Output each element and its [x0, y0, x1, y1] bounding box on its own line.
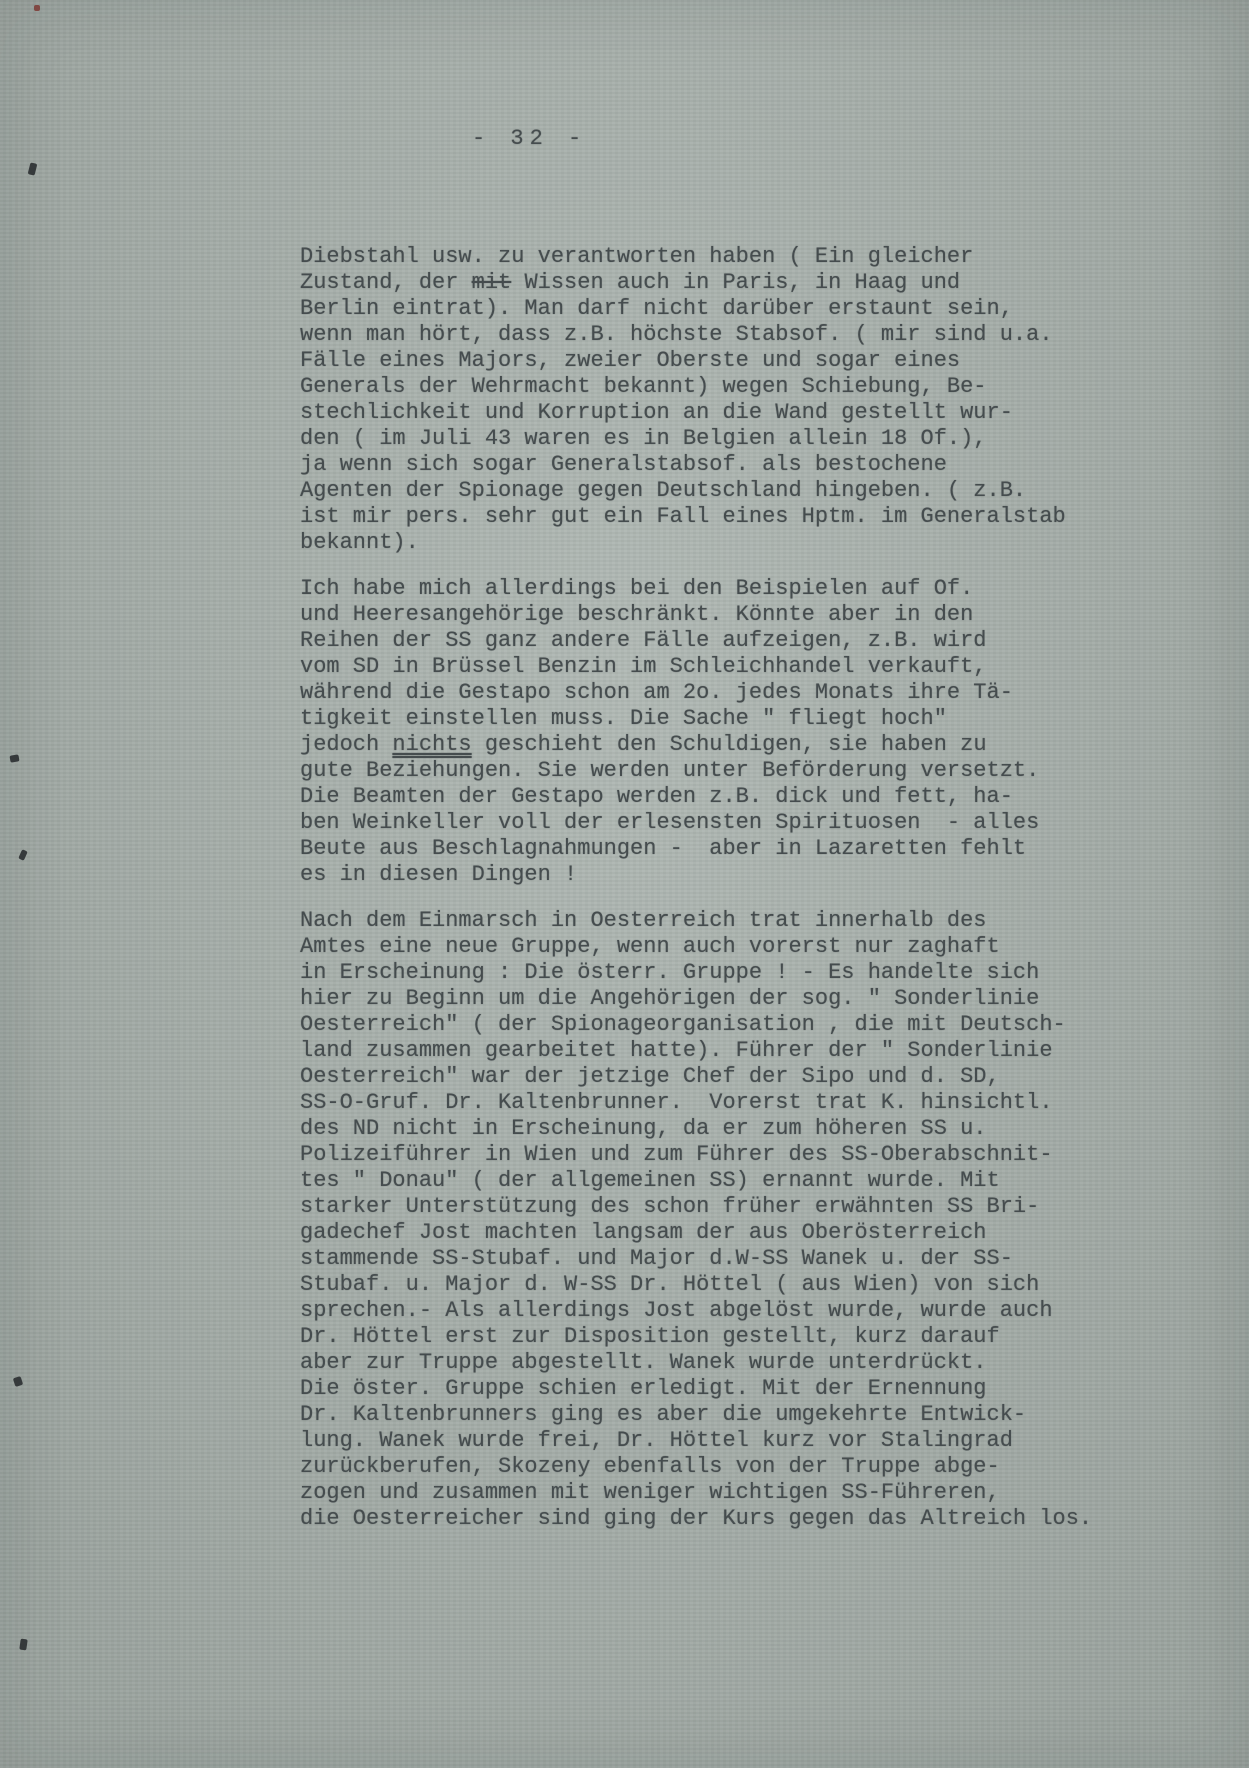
text-line: hier zu Beginn um die Angehörigen der so… — [300, 986, 1080, 1012]
text-line: tigkeit einstellen muss. Die Sache " fli… — [300, 706, 1080, 732]
text-line: zurückberufen, Skozeny ebenfalls von der… — [300, 1454, 1080, 1480]
text-line: ist mir pers. sehr gut ein Fall eines Hp… — [300, 504, 1080, 530]
scan-artifact — [28, 162, 38, 175]
text-line: bekannt). — [300, 530, 1080, 556]
paragraph: Diebstahl usw. zu verantworten haben ( E… — [300, 244, 1080, 556]
text-line: Nach dem Einmarsch in Oesterreich trat i… — [300, 908, 1080, 934]
text-line: den ( im Juli 43 waren es in Belgien all… — [300, 426, 1080, 452]
text-line: Zustand, der mit Wissen auch in Paris, i… — [300, 270, 1080, 296]
text-line: Fälle eines Majors, zweier Oberste und s… — [300, 348, 1080, 374]
text-line: in Erscheinung : Die österr. Gruppe ! - … — [300, 960, 1080, 986]
text-line: starker Unterstützung des schon früher e… — [300, 1194, 1080, 1220]
text-line: Stubaf. u. Major d. W-SS Dr. Höttel ( au… — [300, 1272, 1080, 1298]
text-line: Beute aus Beschlagnahmungen - aber in La… — [300, 836, 1080, 862]
scanned-document-page: - 32 - Diebstahl usw. zu verantworten ha… — [0, 0, 1249, 1768]
text-line: Oesterreich" ( der Spionageorganisation … — [300, 1012, 1080, 1038]
text-line: zogen und zusammen mit weniger wichtigen… — [300, 1480, 1080, 1506]
text-body: Diebstahl usw. zu verantworten haben ( E… — [300, 244, 1080, 1552]
text-line: Generals der Wehrmacht bekannt) wegen Sc… — [300, 374, 1080, 400]
text-line: sprechen.- Als allerdings Jost abgelöst … — [300, 1298, 1080, 1324]
page-number: - 32 - — [472, 126, 587, 151]
text-line: Oesterreich" war der jetzige Chef der Si… — [300, 1064, 1080, 1090]
text-line: gadechef Jost machten langsam der aus Ob… — [300, 1220, 1080, 1246]
text-line: während die Gestapo schon am 2o. jedes M… — [300, 680, 1080, 706]
text-line: ja wenn sich sogar Generalstabsof. als b… — [300, 452, 1080, 478]
text-line: gute Beziehungen. Sie werden unter Beför… — [300, 758, 1080, 784]
text-line: SS-O-Gruf. Dr. Kaltenbrunner. Vorerst tr… — [300, 1090, 1080, 1116]
text-line: wenn man hört, dass z.B. höchste Stabsof… — [300, 322, 1080, 348]
text-line: Diebstahl usw. zu verantworten haben ( E… — [300, 244, 1080, 270]
scan-artifact — [18, 849, 28, 861]
paragraph: Nach dem Einmarsch in Oesterreich trat i… — [300, 908, 1080, 1532]
text-line: tes " Donau" ( der allgemeinen SS) ernan… — [300, 1168, 1080, 1194]
text-line: Reihen der SS ganz andere Fälle aufzeige… — [300, 628, 1080, 654]
text-line: des ND nicht in Erscheinung, da er zum h… — [300, 1116, 1080, 1142]
scan-artifact — [13, 1376, 23, 1387]
text-line: Dr. Kaltenbrunners ging es aber die umge… — [300, 1402, 1080, 1428]
text-line: Berlin eintrat). Man darf nicht darüber … — [300, 296, 1080, 322]
paragraph: Ich habe mich allerdings bei den Beispie… — [300, 576, 1080, 888]
text-line: Agenten der Spionage gegen Deutschland h… — [300, 478, 1080, 504]
text-line: lung. Wanek wurde frei, Dr. Höttel kurz … — [300, 1428, 1080, 1454]
text-line: stechlichkeit und Korruption an die Wand… — [300, 400, 1080, 426]
text-line: die Oesterreicher sind ging der Kurs geg… — [300, 1506, 1080, 1532]
text-line: aber zur Truppe abgestellt. Wanek wurde … — [300, 1350, 1080, 1376]
text-line: stammende SS-Stubaf. und Major d.W-SS Wa… — [300, 1246, 1080, 1272]
text-line: Die öster. Gruppe schien erledigt. Mit d… — [300, 1376, 1080, 1402]
underlined-word: nichts — [392, 732, 471, 757]
text-line: Dr. Höttel erst zur Disposition gestellt… — [300, 1324, 1080, 1350]
text-line: jedoch nichts geschieht den Schuldigen, … — [300, 732, 1080, 758]
scan-artifact — [9, 754, 19, 762]
text-line: Amtes eine neue Gruppe, wenn auch vorers… — [300, 934, 1080, 960]
text-line: land zusammen gearbeitet hatte). Führer … — [300, 1038, 1080, 1064]
scan-artifact — [34, 5, 40, 11]
text-line: Die Beamten der Gestapo werden z.B. dick… — [300, 784, 1080, 810]
text-line: Polizeiführer in Wien und zum Führer des… — [300, 1142, 1080, 1168]
text-line: vom SD in Brüssel Benzin im Schleichhand… — [300, 654, 1080, 680]
struck-word: mit — [472, 270, 512, 295]
text-line: und Heeresangehörige beschränkt. Könnte … — [300, 602, 1080, 628]
text-line: Ich habe mich allerdings bei den Beispie… — [300, 576, 1080, 602]
scan-artifact — [19, 1639, 27, 1651]
text-line: es in diesen Dingen ! — [300, 862, 1080, 888]
text-line: ben Weinkeller voll der erlesensten Spir… — [300, 810, 1080, 836]
